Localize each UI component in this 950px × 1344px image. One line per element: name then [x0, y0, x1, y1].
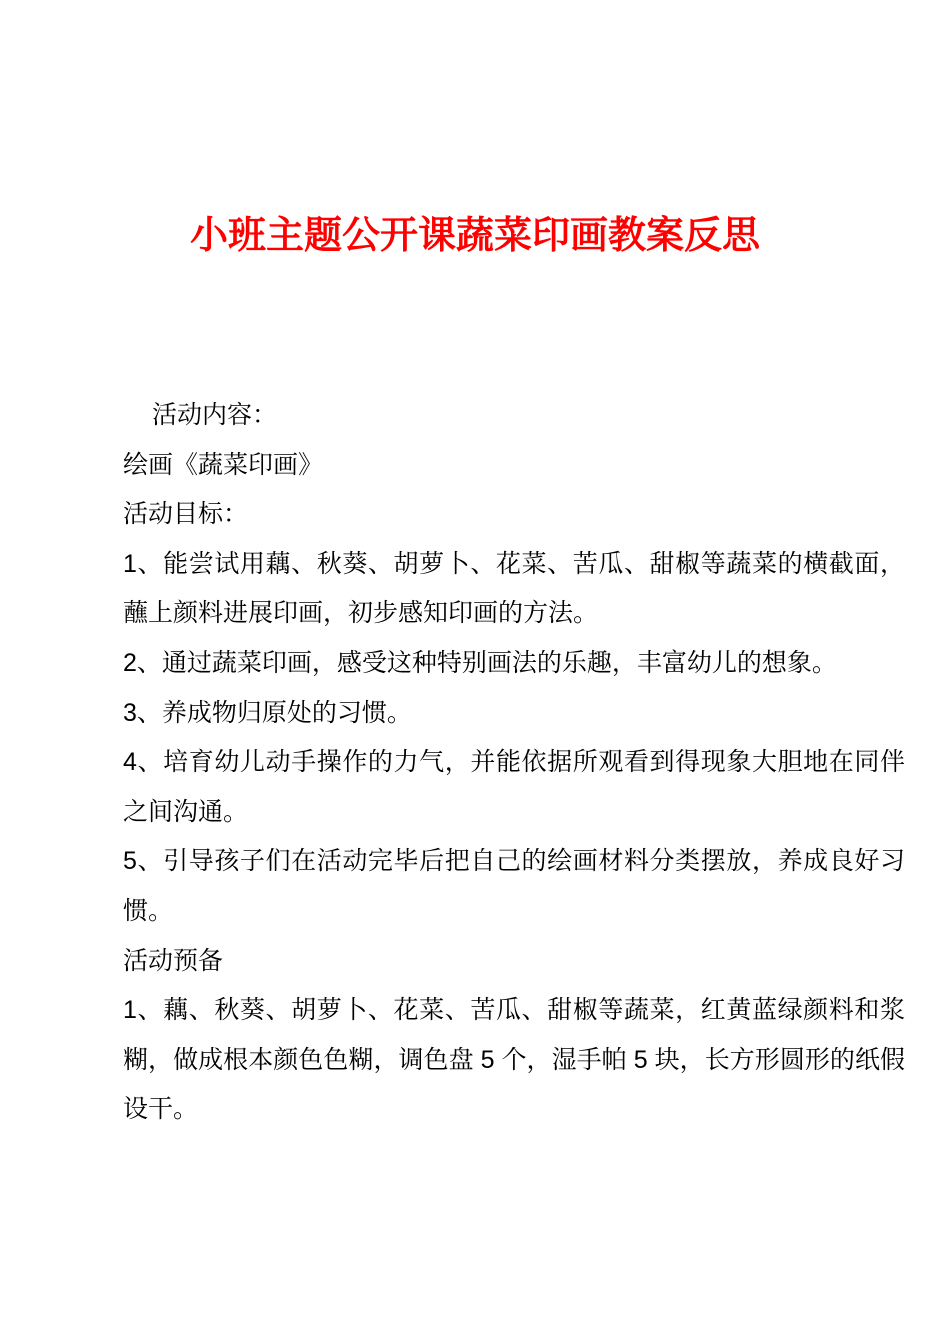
paragraph-activity-content-heading: 活动内容：: [123, 391, 905, 441]
paragraph-goal-3: 3、养成物归原处的习惯。: [123, 689, 905, 739]
paragraph-goal-2: 2、通过蔬菜印画，感受这种特别画法的乐趣，丰富幼儿的想象。: [123, 639, 905, 689]
paragraph-goal-1: 1、能尝试用藕、秋葵、胡萝卜、花菜、苦瓜、甜椒等蔬菜的横截面，蘸上颜料进展印画，…: [123, 540, 905, 639]
paragraph-goals-heading: 活动目标：: [123, 490, 905, 540]
paragraph-goal-4: 4、培育幼儿动手操作的力气，并能依据所观看到得现象大胆地在同伴之间沟通。: [123, 738, 905, 837]
paragraph-goal-5: 5、引导孩子们在活动完毕后把自己的绘画材料分类摆放，养成良好习惯。: [123, 837, 905, 936]
document-body: 活动内容： 绘画《蔬菜印画》 活动目标： 1、能尝试用藕、秋葵、胡萝卜、花菜、苦…: [123, 391, 905, 1135]
paragraph-preparation-1: 1、藕、秋葵、胡萝卜、花菜、苦瓜、甜椒等蔬菜，红黄蓝绿颜料和浆糊，做成根本颜色色…: [123, 986, 905, 1135]
document-page: 小班主题公开课蔬菜印画教案反思 活动内容： 绘画《蔬菜印画》 活动目标： 1、能…: [0, 0, 950, 1344]
document-title: 小班主题公开课蔬菜印画教案反思: [0, 212, 950, 260]
paragraph-painting-title: 绘画《蔬菜印画》: [123, 441, 905, 491]
paragraph-preparation-heading: 活动预备: [123, 937, 905, 987]
